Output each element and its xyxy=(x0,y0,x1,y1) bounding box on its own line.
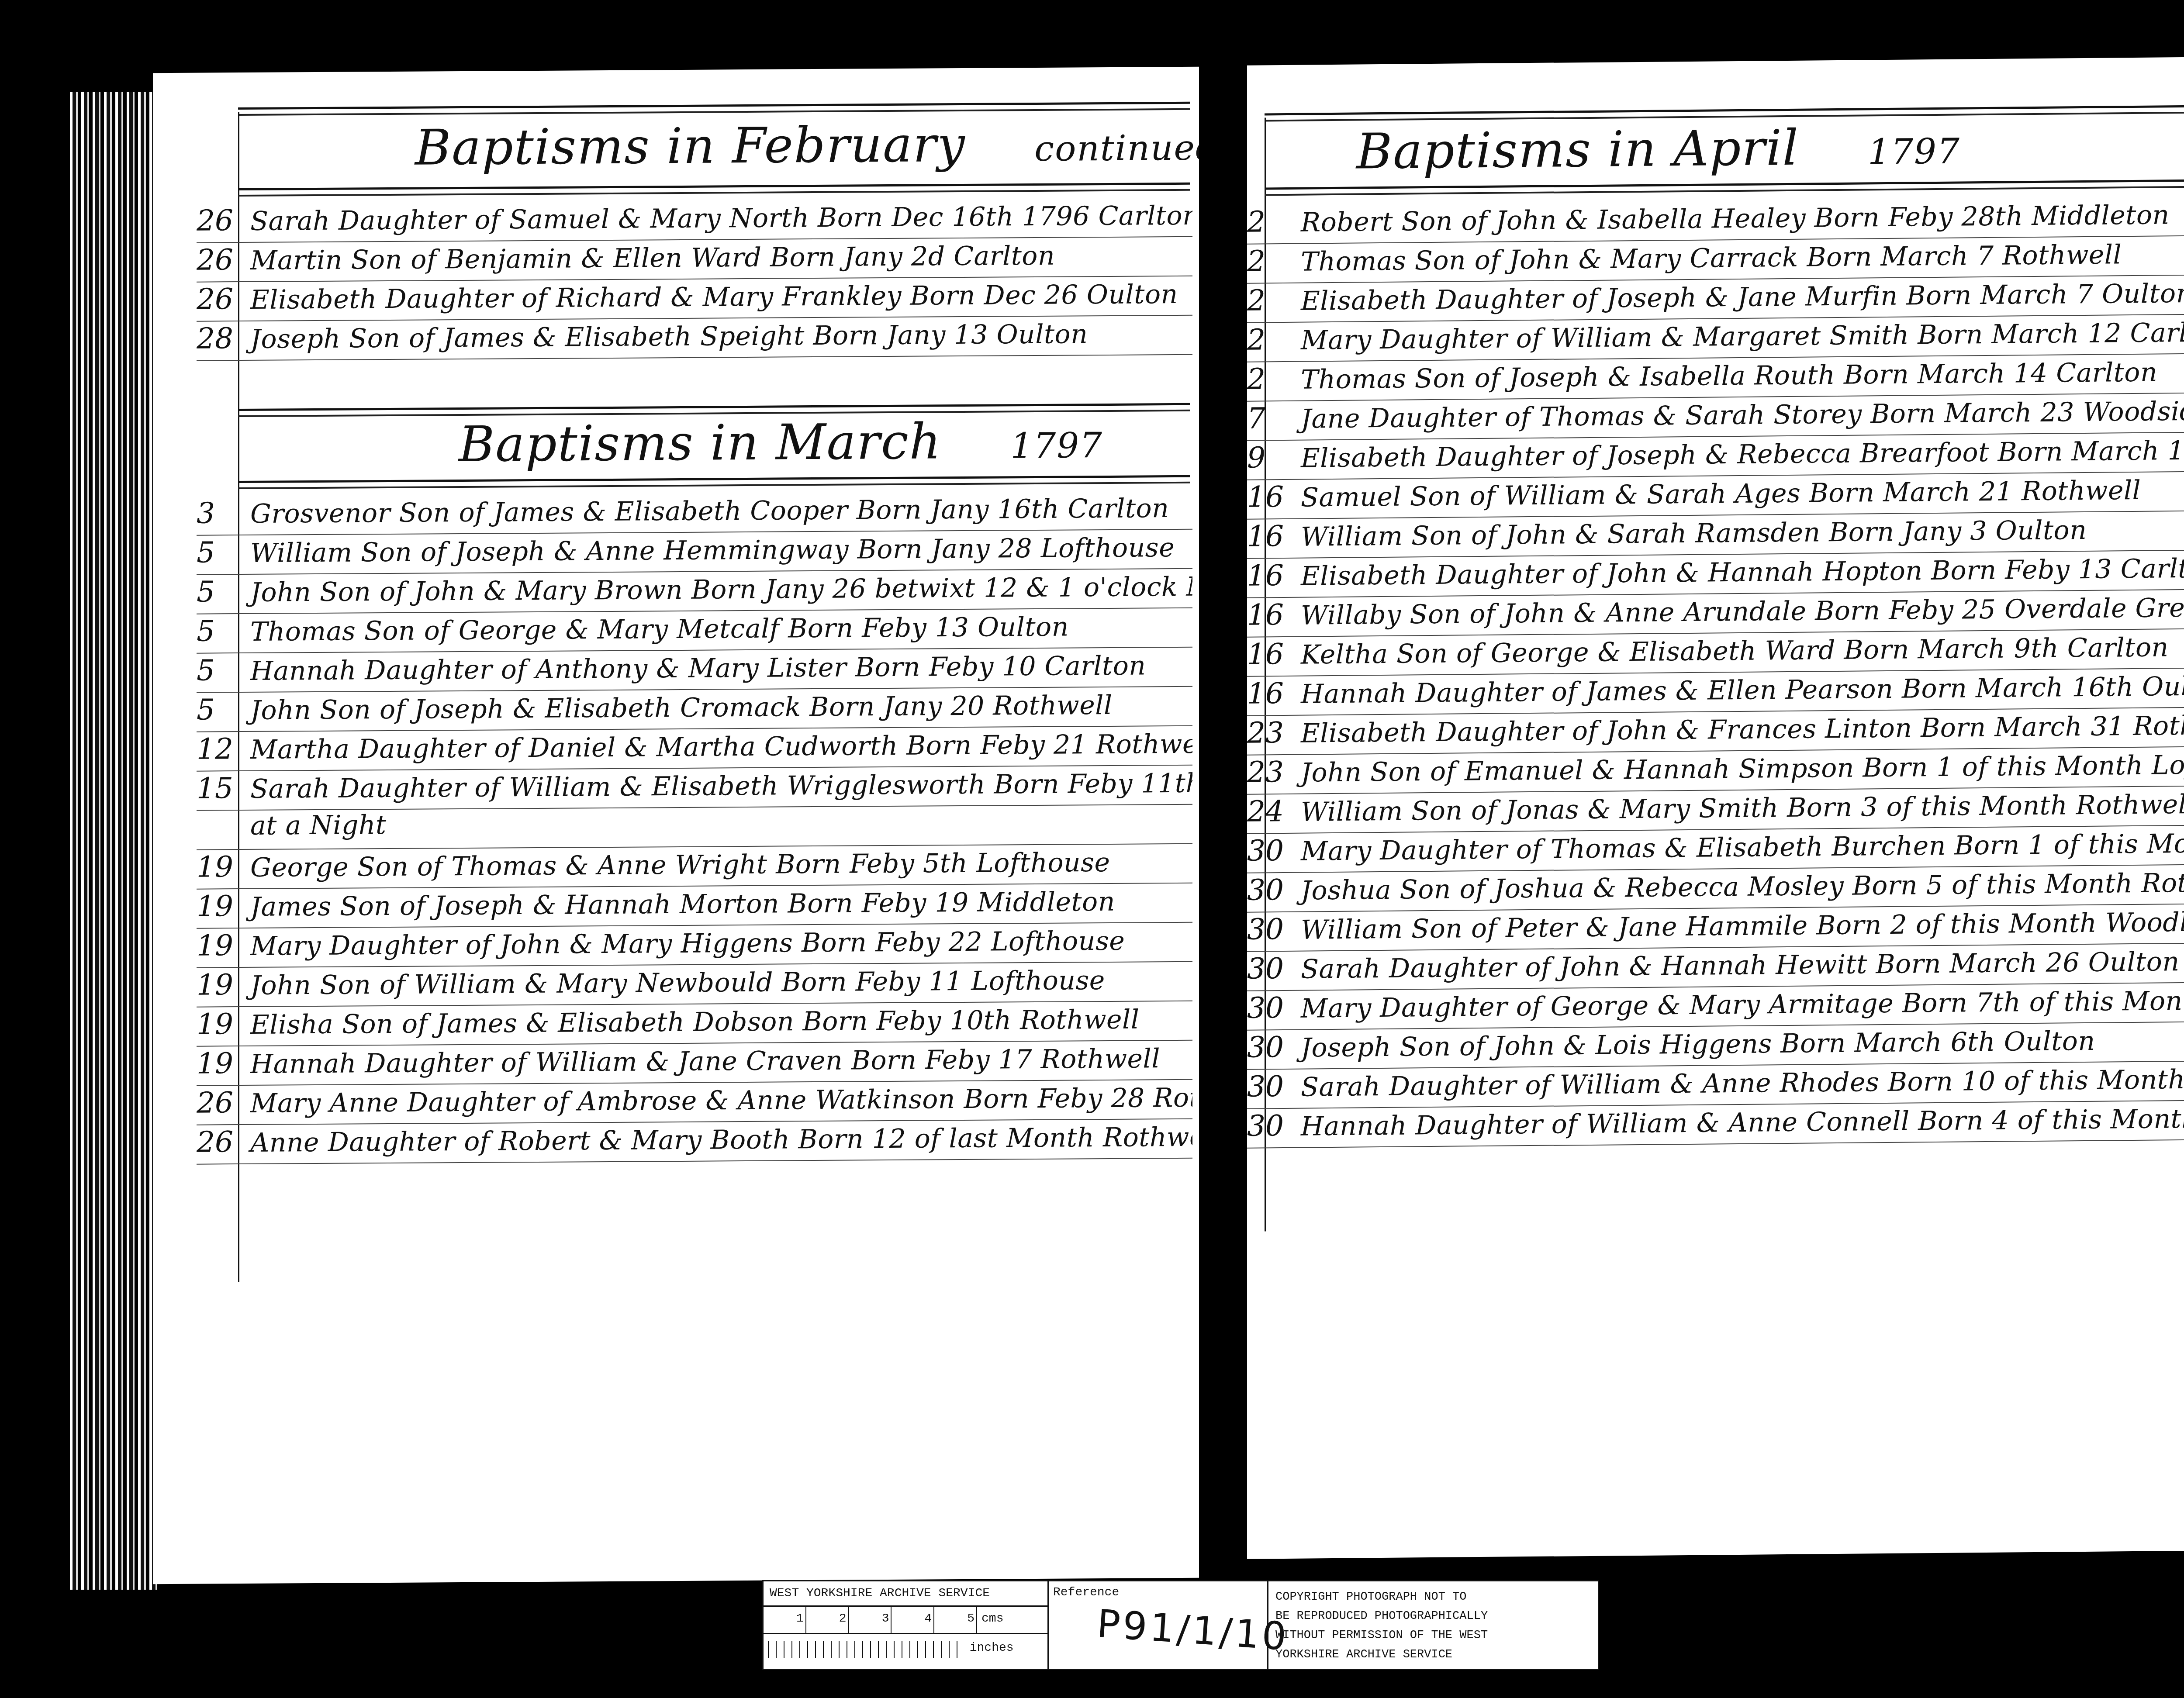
entry-text: Hannah Daughter of William & Jane Craven… xyxy=(238,1043,1160,1080)
entry-text: Grosvenor Son of James & Elisabeth Coope… xyxy=(238,493,1169,529)
entry-text: Sarah Daughter of Samuel & Mary North Bo… xyxy=(238,200,1192,237)
entry-text: John Son of Joseph & Elisabeth Cromack B… xyxy=(238,690,1113,726)
entry-text: Sarah Daughter of John & Hannah Hewitt B… xyxy=(1289,946,2180,985)
inch-unit: inches xyxy=(965,1636,1047,1660)
book-gutter xyxy=(1199,61,1247,1581)
entry-day: 30 xyxy=(1247,991,1289,1025)
copyright-line: BE REPRODUCED PHOTOGRAPHICALLY xyxy=(1275,1607,1591,1626)
february-entries-list: 26Sarah Daughter of Samuel & Mary North … xyxy=(197,198,1192,361)
reference-value: P91/1/10 xyxy=(1095,1601,1290,1659)
register-entry: 19Hannah Daughter of William & Jane Crav… xyxy=(197,1041,1192,1086)
register-entry: 28Joseph Son of James & Elisabeth Speigh… xyxy=(197,316,1192,361)
entry-text: Mary Daughter of William & Margaret Smit… xyxy=(1289,317,2184,356)
cm-tick-3: 3 xyxy=(849,1607,892,1633)
register-page-left: Baptisms in February continued 26Sarah D… xyxy=(153,67,1199,1584)
heading-march-title: Baptisms in March xyxy=(459,413,942,473)
cm-tick-1: 1 xyxy=(764,1607,806,1633)
register-entry: 5John Son of John & Mary Brown Born Jany… xyxy=(197,569,1192,614)
register-entry: 12Martha Daughter of Daniel & Martha Cud… xyxy=(197,726,1192,772)
entry-day: 19 xyxy=(197,1007,238,1041)
archive-service-name: WEST YORKSHIRE ARCHIVE SERVICE xyxy=(764,1581,1047,1607)
entry-day: 16 xyxy=(1247,559,1289,593)
entry-text: John Son of William & Mary Newbould Born… xyxy=(238,965,1105,1001)
entry-text: at a Night xyxy=(238,810,387,841)
cm-scale: 1 2 3 4 5 cms xyxy=(764,1607,1047,1634)
entry-text: Sarah Daughter of William & Elisabeth Wr… xyxy=(238,767,1192,804)
heading-february-note: continued xyxy=(1034,127,1219,169)
register-entry: 26Mary Anne Daughter of Ambrose & Anne W… xyxy=(197,1080,1192,1125)
entry-text: William Son of Jonas & Mary Smith Born 3… xyxy=(1289,789,2184,828)
book-fore-edge-left xyxy=(70,92,157,1590)
entry-day: 28 xyxy=(197,321,238,355)
copyright-line: WITHOUT PERMISSION OF THE WEST xyxy=(1275,1626,1591,1645)
entry-day: 15 xyxy=(197,771,238,805)
entry-text: Mary Daughter of John & Mary Higgens Bor… xyxy=(238,926,1125,962)
april-rule-top xyxy=(1265,105,2184,122)
register-entry: 19James Son of Joseph & Hannah Morton Bo… xyxy=(197,884,1192,929)
register-page-right: Baptisms in April 1797 2Robert Son of Jo… xyxy=(1247,57,2184,1559)
entry-day: 24 xyxy=(1247,794,1289,828)
march-entries-list: 3Grosvenor Son of James & Elisabeth Coop… xyxy=(197,490,1192,1165)
entry-day: 30 xyxy=(1247,1109,1289,1143)
header-rule-bottom xyxy=(238,183,1190,197)
reference-panel: Reference P91/1/10 xyxy=(1049,1581,1268,1669)
entry-text: Keltha Son of George & Elisabeth Ward Bo… xyxy=(1289,632,2169,670)
entry-text: John Son of John & Mary Brown Born Jany … xyxy=(238,571,1192,608)
entry-day: 16 xyxy=(1247,598,1289,632)
heading-march-year: 1797 xyxy=(1010,425,1103,466)
entry-text: Samuel Son of William & Sarah Ages Born … xyxy=(1289,475,2141,513)
entry-text: Thomas Son of George & Mary Metcalf Born… xyxy=(238,612,1069,648)
entry-text: John Son of Emanuel & Hannah Simpson Bor… xyxy=(1289,749,2184,788)
entry-text: Sarah Daughter of William & Anne Rhodes … xyxy=(1289,1063,2184,1103)
heading-april-title: Baptisms in April xyxy=(1356,120,1799,180)
entry-text: Joseph Son of James & Elisabeth Speight … xyxy=(238,319,1088,355)
entry-text: Elisabeth Daughter of John & Hannah Hopt… xyxy=(1289,553,2184,592)
cm-tick-5: 5 xyxy=(934,1607,977,1633)
entry-text: William Son of John & Sarah Ramsden Born… xyxy=(1289,515,2087,552)
register-entry-continuation: at a Night xyxy=(197,805,1192,850)
entry-text: William Son of Peter & Jane Hammile Born… xyxy=(1289,906,2184,946)
entry-day: 5 xyxy=(197,653,238,687)
inch-ticks xyxy=(768,1641,963,1658)
entry-day: 23 xyxy=(1247,755,1289,789)
entry-day: 5 xyxy=(197,693,238,727)
cm-tick-2: 2 xyxy=(806,1607,849,1633)
entry-day: 2 xyxy=(1247,323,1289,357)
register-entry: 19Mary Daughter of John & Mary Higgens B… xyxy=(197,923,1192,968)
register-entry: 5William Son of Joseph & Anne Hemmingway… xyxy=(197,530,1192,575)
cm-tick-4: 4 xyxy=(892,1607,934,1633)
entry-text: Willaby Son of John & Anne Arundale Born… xyxy=(1289,592,2184,631)
register-entry: 5Thomas Son of George & Mary Metcalf Bor… xyxy=(197,608,1192,654)
entry-text: James Son of Joseph & Hannah Morton Born… xyxy=(238,887,1115,922)
entry-day: 30 xyxy=(1247,912,1289,946)
register-entry: 19George Son of Thomas & Anne Wright Bor… xyxy=(197,844,1192,890)
entry-day: 30 xyxy=(1247,834,1289,868)
entry-text: George Son of Thomas & Anne Wright Born … xyxy=(238,847,1110,883)
entry-day: 3 xyxy=(197,496,238,530)
register-entry: 26Sarah Daughter of Samuel & Mary North … xyxy=(197,198,1192,243)
entry-text: Martin Son of Benjamin & Ellen Ward Born… xyxy=(238,241,1055,276)
entry-day: 26 xyxy=(197,1086,238,1120)
entry-day: 19 xyxy=(197,968,238,1002)
header-rule-top xyxy=(238,102,1190,116)
copyright-line: YORKSHIRE ARCHIVE SERVICE xyxy=(1275,1645,1591,1664)
entry-day: 5 xyxy=(197,614,238,648)
entry-day: 12 xyxy=(197,732,238,766)
entry-day: 2 xyxy=(1247,205,1289,239)
register-entry: 19John Son of William & Mary Newbould Bo… xyxy=(197,962,1192,1008)
entry-text: Joseph Son of John & Lois Higgens Born M… xyxy=(1289,1026,2095,1063)
heading-march: Baptisms in March 1797 xyxy=(459,412,1103,473)
heading-april: Baptisms in April 1797 xyxy=(1356,118,1960,180)
entry-text: Joshua Son of Joshua & Rebecca Mosley Bo… xyxy=(1289,867,2184,906)
entry-text: Thomas Son of John & Mary Carrack Born M… xyxy=(1289,239,2122,277)
entry-day xyxy=(197,835,238,835)
april-entries-list: 2Robert Son of John & Isabella Healey Bo… xyxy=(1247,197,2184,1149)
entry-text: Elisabeth Daughter of Joseph & Rebecca B… xyxy=(1289,435,2184,474)
entry-day: 19 xyxy=(197,889,238,923)
entry-text: Hannah Daughter of William & Anne Connel… xyxy=(1289,1103,2184,1142)
entry-day: 30 xyxy=(1247,1030,1289,1064)
entry-day: 19 xyxy=(197,850,238,884)
march-rule-bottom xyxy=(238,475,1190,489)
inch-scale: inches xyxy=(764,1634,1047,1660)
entry-day: 16 xyxy=(1247,519,1289,553)
archive-scale-panel: WEST YORKSHIRE ARCHIVE SERVICE 1 2 3 4 5… xyxy=(764,1581,1049,1669)
entry-day: 26 xyxy=(197,204,238,238)
april-rule-bottom xyxy=(1265,179,2184,196)
entry-text: William Son of Joseph & Anne Hemmingway … xyxy=(238,532,1175,569)
entry-day: 16 xyxy=(1247,480,1289,514)
register-entry: 5John Son of Joseph & Elisabeth Cromack … xyxy=(197,687,1192,732)
entry-day: 5 xyxy=(197,535,238,569)
register-entry: 15Sarah Daughter of William & Elisabeth … xyxy=(197,766,1192,811)
entry-text: Mary Daughter of George & Mary Armitage … xyxy=(1289,986,2184,1024)
entry-day: 2 xyxy=(1247,283,1289,318)
heading-february-title: Baptisms in February xyxy=(415,116,966,176)
entry-day: 16 xyxy=(1247,637,1289,671)
register-entry: 26Martin Son of Benjamin & Ellen Ward Bo… xyxy=(197,237,1192,283)
entry-day: 30 xyxy=(1247,952,1289,986)
register-entry: 19Elisha Son of James & Elisabeth Dobson… xyxy=(197,1001,1192,1047)
register-entry: 26Elisabeth Daughter of Richard & Mary F… xyxy=(197,276,1192,322)
cm-unit: cms xyxy=(977,1607,1047,1633)
register-entry: 30Hannah Daughter of William & Anne Conn… xyxy=(1247,1101,2184,1149)
entry-text: Anne Daughter of Robert & Mary Booth Bor… xyxy=(238,1122,1192,1158)
entry-day: 30 xyxy=(1247,1070,1289,1104)
reference-label: Reference xyxy=(1049,1581,1267,1604)
entry-text: Mary Daughter of Thomas & Elisabeth Burc… xyxy=(1289,828,2184,867)
register-entry: 26Anne Daughter of Robert & Mary Booth B… xyxy=(197,1119,1192,1165)
entry-text: Elisabeth Daughter of Joseph & Jane Murf… xyxy=(1289,278,2184,317)
entry-text: Elisabeth Daughter of John & Frances Lin… xyxy=(1289,710,2184,749)
entry-text: Martha Daughter of Daniel & Martha Cudwo… xyxy=(238,728,1192,765)
entry-day: 5 xyxy=(197,575,238,609)
heading-february: Baptisms in February continued xyxy=(415,114,1219,176)
entry-day: 7 xyxy=(1247,401,1289,435)
entry-day: 19 xyxy=(197,928,238,963)
register-entry: 5Hannah Daughter of Anthony & Mary Liste… xyxy=(197,648,1192,693)
entry-day: 19 xyxy=(197,1046,238,1080)
entry-day: 30 xyxy=(1247,873,1289,907)
entry-day: 2 xyxy=(1247,244,1289,278)
entry-text: Elisha Son of James & Elisabeth Dobson B… xyxy=(238,1004,1139,1041)
entry-day: 9 xyxy=(1247,441,1289,475)
entry-day: 26 xyxy=(197,1125,238,1159)
copyright-line: COPYRIGHT PHOTOGRAPH NOT TO xyxy=(1275,1588,1591,1607)
entry-text: Mary Anne Daughter of Ambrose & Anne Wat… xyxy=(238,1082,1192,1119)
entry-day: 26 xyxy=(197,243,238,277)
entry-day: 2 xyxy=(1247,362,1289,396)
entry-text: Elisabeth Daughter of Richard & Mary Fra… xyxy=(238,279,1178,315)
register-entry: 3Grosvenor Son of James & Elisabeth Coop… xyxy=(197,490,1192,536)
entry-day: 23 xyxy=(1247,716,1289,750)
entry-day: 26 xyxy=(197,282,238,316)
entry-text: Hannah Daughter of James & Ellen Pearson… xyxy=(1289,671,2184,710)
entry-text: Robert Son of John & Isabella Healey Bor… xyxy=(1289,200,2170,238)
entry-text: Hannah Daughter of Anthony & Mary Lister… xyxy=(238,650,1146,687)
entry-text: Jane Daughter of Thomas & Sarah Storey B… xyxy=(1289,396,2184,434)
copyright-notice: COPYRIGHT PHOTOGRAPH NOT TO BE REPRODUCE… xyxy=(1268,1581,1598,1669)
entry-day: 16 xyxy=(1247,676,1289,711)
entry-text: Thomas Son of Joseph & Isabella Routh Bo… xyxy=(1289,357,2157,395)
archive-reference-label: WEST YORKSHIRE ARCHIVE SERVICE 1 2 3 4 5… xyxy=(762,1580,1599,1670)
heading-april-year: 1797 xyxy=(1868,131,1960,173)
